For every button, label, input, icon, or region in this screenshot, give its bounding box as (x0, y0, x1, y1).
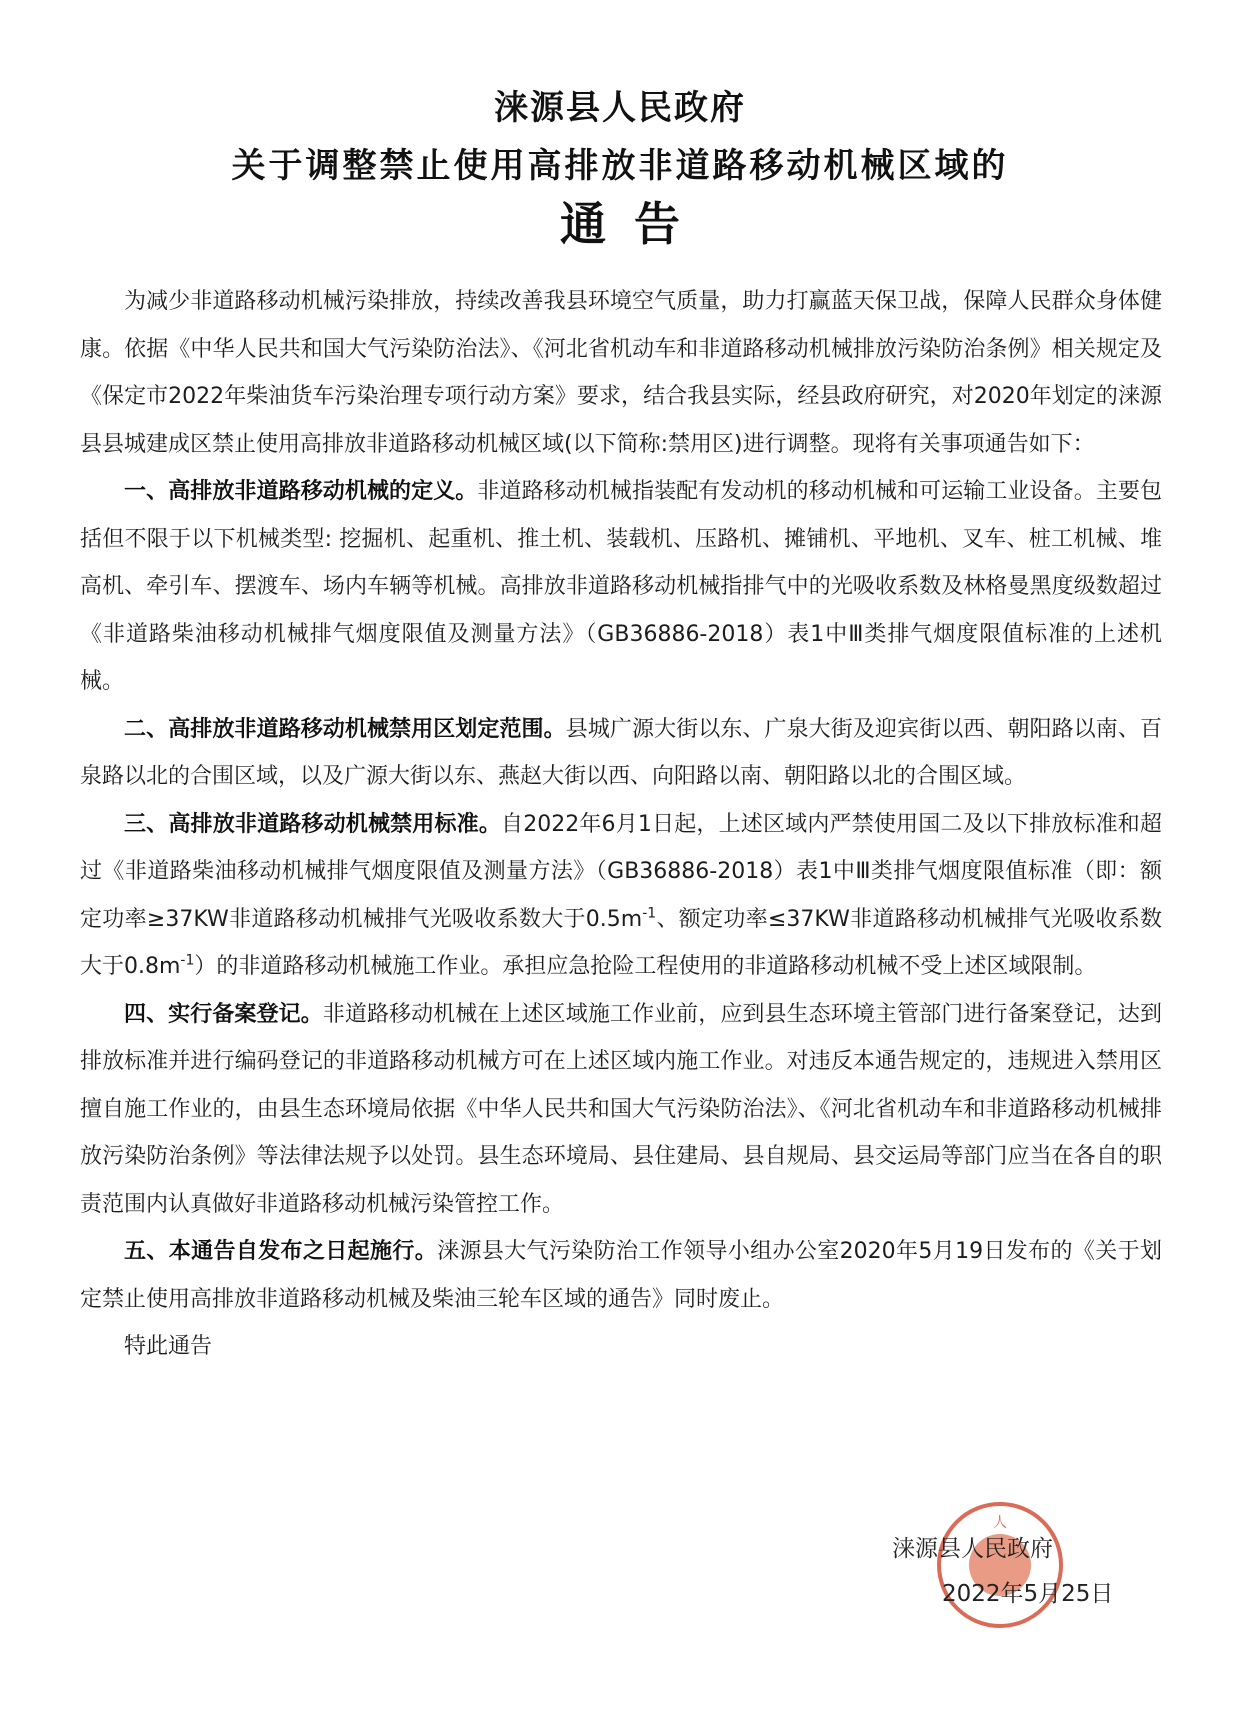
section-1: 一、高排放非道路移动机械的定义。非道路移动机械指装配有发动机的移动机械和可运输工… (80, 468, 1162, 706)
section-5: 五、本通告自发布之日起施行。涞源县大气污染防治工作领导小组办公室2020年5月1… (80, 1228, 1162, 1323)
notice-type-title: 通告 (0, 188, 1240, 254)
superscript: -1 (180, 953, 194, 969)
issuer-title: 涞源县人民政府 (0, 80, 1240, 129)
section-4: 四、实行备案登记。非道路移动机械在上述区域施工作业前，应到县生态环境主管部门进行… (80, 991, 1162, 1229)
section-heading: 四、实行备案登记。 (124, 1002, 323, 1027)
section-heading: 三、高排放非道路移动机械禁用标准。 (124, 812, 501, 837)
official-seal-icon: 人 (937, 1502, 1063, 1628)
section-3: 三、高排放非道路移动机械禁用标准。自2022年6月1日起，上述区域内严禁使用国二… (80, 801, 1162, 991)
section-heading: 二、高排放非道路移动机械禁用区划定范围。 (124, 717, 566, 742)
signature-org: 涞源县人民政府 (892, 1530, 1053, 1563)
section-text: 非道路移动机械指装配有发动机的移动机械和可运输工业设备。主要包括但不限于以下机械… (80, 479, 1162, 694)
closing-line: 特此通告 (80, 1323, 1162, 1371)
notice-body: 为减少非道路移动机械污染排放，持续改善我县环境空气质量，助力打赢蓝天保卫战，保障… (80, 278, 1162, 1371)
signature-date: 2022年5月25日 (942, 1575, 1113, 1608)
intro-paragraph: 为减少非道路移动机械污染排放，持续改善我县环境空气质量，助力打赢蓝天保卫战，保障… (80, 278, 1162, 468)
section-heading: 一、高排放非道路移动机械的定义。 (124, 479, 477, 504)
section-2: 二、高排放非道路移动机械禁用区划定范围。县城广源大街以东、广泉大街及迎宾街以西、… (80, 706, 1162, 801)
section-heading: 五、本通告自发布之日起施行。 (124, 1239, 437, 1264)
superscript: -1 (642, 905, 656, 921)
seal-text: 人 (941, 1512, 1059, 1532)
notice-subject-title: 关于调整禁止使用高排放非道路移动机械区域的 (0, 138, 1240, 187)
section-text: ）的非道路移动机械施工作业。承担应急抢险工程使用的非道路移动机械不受上述区域限制… (194, 954, 1096, 979)
section-text: 非道路移动机械在上述区域施工作业前，应到县生态环境主管部门进行备案登记，达到排放… (80, 1002, 1162, 1217)
